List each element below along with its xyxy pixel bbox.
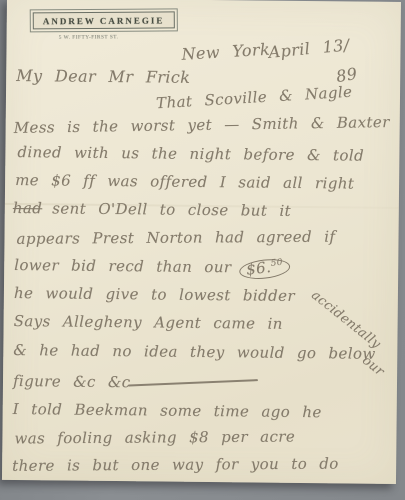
letter-line: figure &c &c (13, 374, 131, 390)
letter-line: lower bid recd than our$6.50 (14, 257, 291, 279)
dateline-date: April 13/ (268, 37, 350, 61)
amount-superscript: 50 (270, 258, 283, 269)
dateline-place: New York (181, 42, 270, 63)
struck-word: had (13, 199, 43, 217)
scanned-letter: ANDREW CARNEGIE 5 W. FIFTY-FIRST ST. New… (0, 0, 405, 500)
letterhead-address: 5 W. FIFTY-FIRST ST. (57, 35, 120, 41)
letter-line-text: lower bid recd than our (14, 256, 231, 276)
letter-line: me $6 ff was offered I said all right (15, 173, 354, 192)
letter-line: appears Prest Norton had agreed if (16, 230, 335, 247)
letter-line: was fooling asking $8 per acre (14, 429, 295, 446)
salutation: My Dear Mr Frick (16, 68, 190, 86)
letter-line: & he had no idea they would go below (13, 343, 375, 362)
flourish-dash (128, 379, 258, 386)
letterhead-name: ANDREW CARNEGIE (43, 15, 165, 26)
letter-line: Mess is the worst yet — Smith & Baxter (14, 115, 390, 136)
letter-line: there is but one way for you to do (12, 457, 339, 474)
letter-line: hadsent O'Dell to close but it (13, 201, 291, 219)
letter-line-text: sent O'Dell to close but it (52, 199, 291, 219)
slanted-word: our (360, 354, 387, 379)
letter-line: he would give to lowest bidder (14, 286, 295, 304)
letter-line: Says Allegheny Agent came in (14, 314, 283, 332)
letter-line: I told Beekman some time ago he (13, 402, 322, 420)
circled-amount: $6.50 (238, 257, 291, 282)
letter-paper: ANDREW CARNEGIE 5 W. FIFTY-FIRST ST. New… (2, 0, 401, 484)
slanted-word: accidentally (309, 289, 383, 352)
letter-line: That Scoville & Nagle (156, 85, 353, 112)
letter-line: dined with us the night before & told (17, 145, 364, 164)
amount-base: $6. (245, 258, 272, 279)
letterhead-nameplate: ANDREW CARNEGIE (33, 11, 175, 29)
